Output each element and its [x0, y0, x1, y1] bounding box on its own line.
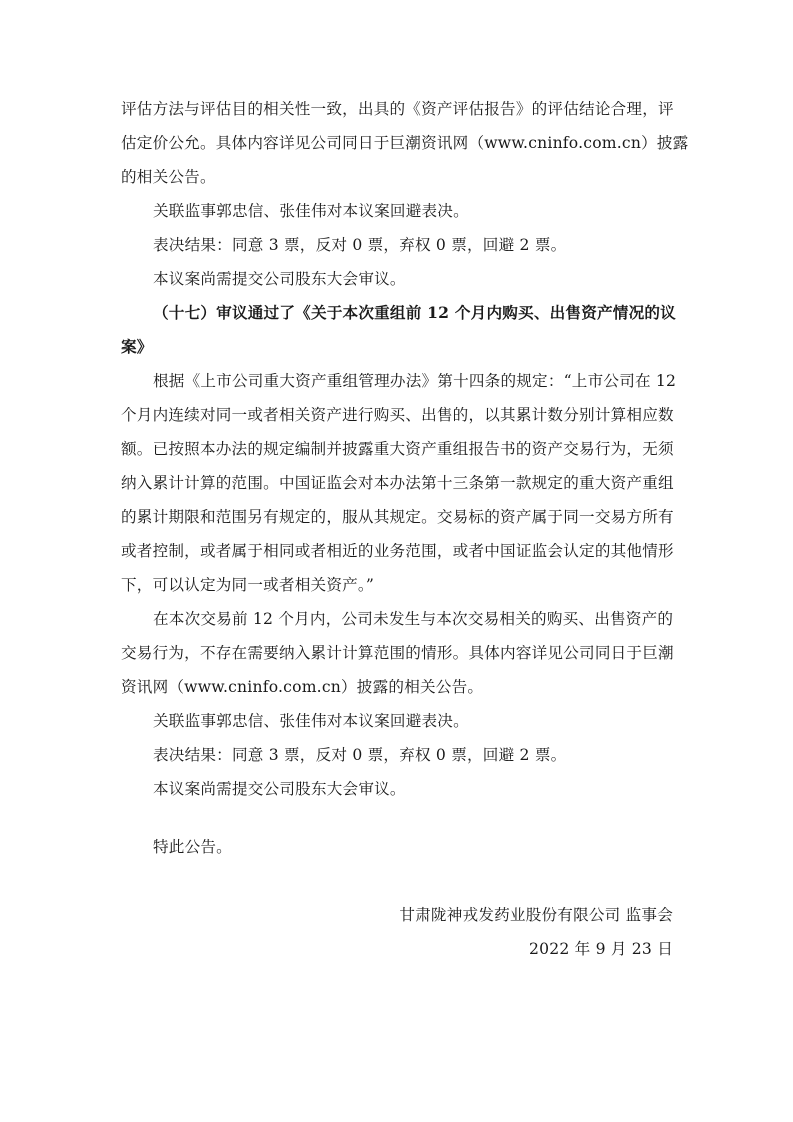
quote-line: 个月内连续对同一或者相关资产进行购买、出售的，以其累计数分别计算相应数 [121, 398, 673, 432]
statement-line: 在本次交易前 12 个月内，公司未发生与本次交易相关的购买、出售资产的 [121, 602, 673, 636]
section-heading: 案》 [121, 330, 673, 364]
vote-result: 表决结果：同意 3 票，反对 0 票，弃权 0 票，回避 2 票。 [121, 738, 673, 772]
spacer [121, 806, 673, 830]
statement-line: 资讯网（www.cninfo.com.cn）披露的相关公告。 [121, 670, 673, 704]
quote-line: 或者控制，或者属于相同或者相近的业务范围，或者中国证监会认定的其他情形 [121, 534, 673, 568]
statement-line: 交易行为，不存在需要纳入累计计算范围的情形。具体内容详见公司同日于巨潮 [121, 636, 673, 670]
body-text-line: 评估方法与评估目的相关性一致，出具的《资产评估报告》的评估结论合理，评 [121, 92, 673, 126]
signatory: 甘肃陇神戎发药业股份有限公司 监事会 [121, 898, 673, 932]
quote-line: 根据《上市公司重大资产重组管理办法》第十四条的规定：“上市公司在 12 [121, 364, 673, 398]
quote-line: 下，可以认定为同一或者相关资产。” [121, 568, 673, 602]
quote-line: 额。已按照本办法的规定编制并披露重大资产重组报告书的资产交易行为，无须 [121, 432, 673, 466]
recusal-statement: 关联监事郭忠信、张佳伟对本议案回避表决。 [121, 704, 673, 738]
quote-line: 的累计期限和范围另有规定的，服从其规定。交易标的资产属于同一交易方所有 [121, 500, 673, 534]
quote-line: 纳入累计计算的范围。中国证监会对本办法第十三条第一款规定的重大资产重组 [121, 466, 673, 500]
spacer [121, 864, 673, 898]
recusal-statement: 关联监事郭忠信、张佳伟对本议案回避表决。 [121, 194, 673, 228]
body-text-line: 的相关公告。 [121, 160, 673, 194]
submission-note: 本议案尚需提交公司股东大会审议。 [121, 772, 673, 806]
signing-date: 2022 年 9 月 23 日 [121, 932, 673, 966]
vote-result: 表决结果：同意 3 票，反对 0 票，弃权 0 票，回避 2 票。 [121, 228, 673, 262]
closing-notice: 特此公告。 [121, 830, 673, 864]
section-heading: （十七）审议通过了《关于本次重组前 12 个月内购买、出售资产情况的议 [121, 296, 673, 330]
submission-note: 本议案尚需提交公司股东大会审议。 [121, 262, 673, 296]
body-text-line: 估定价公允。具体内容详见公司同日于巨潮资讯网（www.cninfo.com.cn… [121, 126, 673, 160]
document-page: 评估方法与评估目的相关性一致，出具的《资产评估报告》的评估结论合理，评 估定价公… [121, 92, 673, 966]
